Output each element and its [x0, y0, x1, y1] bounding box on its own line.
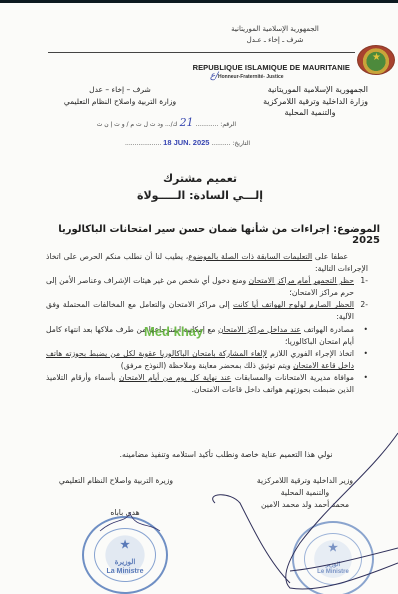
bullet-text: موافاة مديرية الامتحانات والمسابقات — [231, 373, 354, 382]
coat-of-arms-icon: ★ — [357, 45, 395, 75]
bullet-text: اتخاذ الإجراء الفوري اللازم — [267, 349, 354, 358]
right-header-line: وزارة الداخلية وترقية اللامركزية — [228, 96, 368, 108]
reference-prefix: ك/... — [165, 121, 178, 128]
education-ministry-header: شرف – إخاء – عدل وزارة التربية واصلاح ال… — [50, 84, 190, 107]
header-arabic-top: الجمهورية الإسلامية الموريتانية شرف ـ إخ… — [205, 24, 345, 46]
date-stamp: 18 JUN. 2025 — [163, 138, 209, 147]
reference-number-line: الرقم: ............ 21 ك/... ود ت ل ت م … — [50, 116, 236, 129]
bullet-text-end: ويتم توثيق ذلك بمحضر معاينة وملاحظة (الن… — [121, 361, 293, 370]
interior-minister-title-1: وزير الداخلية وترقية اللامركزية — [240, 475, 370, 487]
interior-ministry-stamp-icon: ★ الوزير Le Ministre — [292, 521, 374, 594]
interior-minister-title-2: والتنمية المحلية — [240, 487, 370, 499]
star-icon: ★ — [372, 53, 381, 63]
item-underlined: حظر التجمهر أمام مراكز الامتحان — [249, 276, 354, 285]
education-minister-signature-block: وزيرة التربية واصلاح النظام التعليمي — [46, 475, 186, 487]
stamp-arabic-text: الوزير — [294, 561, 372, 568]
bullet-item: • اتخاذ الإجراء الفوري اللازم لإلغاء الم… — [46, 348, 368, 372]
date-dots-before: .......... — [211, 140, 230, 147]
item-number: -1 — [360, 275, 368, 287]
education-minister-title: وزيرة التربية واصلاح النظام التعليمي — [46, 475, 186, 487]
interior-minister-name: محمد أحمد ولد محمد الامين — [240, 499, 370, 511]
reference-suffix: ود ت ل ت م / و ت إ ن ت — [97, 121, 163, 128]
date-line: التاريخ: .......... 18 JUN. 2025 .......… — [70, 138, 250, 147]
numbered-item: -2 الحظر الصارم لولوج الهواتف أيا كانت إ… — [46, 299, 368, 323]
education-ministry-stamp-icon: ★ الوزيرة La Ministre — [82, 516, 168, 594]
bullet-icon: • — [364, 348, 368, 360]
bullet-underlined: عند نهاية كل يوم من أيام الامتحان — [119, 373, 231, 382]
left-header-motto: شرف – إخاء – عدل — [50, 84, 190, 96]
stamp-star-icon: ★ — [84, 538, 166, 551]
date-dots-after: ................... — [125, 140, 161, 147]
document-addressee: إلـــي السادة: الـــــولاة — [100, 189, 300, 202]
reference-dots: ............ — [195, 121, 218, 128]
closing-sentence: نولي هذا التعميم عناية خاصة ونطلب تأكيد … — [80, 450, 372, 459]
document-title: تعميم مشترك — [100, 172, 300, 185]
bullet-text: مصادرة الهواتف — [301, 325, 354, 334]
document-body: عطفا على التعليمات السابقة ذات الصلة بال… — [46, 251, 368, 396]
stamp-star-icon: ★ — [294, 541, 372, 554]
stamp-arabic-text: الوزيرة — [84, 558, 166, 566]
right-header-line: الجمهورية الإسلامية الموريتانية — [228, 84, 368, 96]
reference-label: الرقم: — [220, 121, 236, 128]
bullet-item: • موافاة مديرية الامتحانات والمسابقات عن… — [46, 372, 368, 396]
right-header-line: والتنمية المحلية — [228, 107, 368, 119]
header-arabic-republic: الجمهورية الإسلامية الموريتانية — [205, 24, 345, 35]
date-label: التاريخ: — [232, 140, 250, 147]
numbered-item: -1 حظر التجمهر أمام مراكز الامتحان ومنع … — [46, 275, 368, 299]
watermark-text: Med khay — [144, 324, 203, 339]
bullet-icon: • — [364, 324, 368, 336]
french-motto: Honneur-Fraternité- Justice — [218, 74, 348, 80]
header-arabic-motto: شرف ـ إخاء ـ عـدل — [205, 35, 345, 46]
intro-text: عطفا على — [312, 252, 348, 261]
stamp-french-text: Le Ministre — [294, 569, 372, 575]
intro-paragraph: عطفا على التعليمات السابقة ذات الصلة بال… — [46, 251, 368, 275]
document-subject: الموضوع: إجراءات من شأنها ضمان حسن سير ا… — [40, 224, 380, 246]
interior-minister-signature-block: وزير الداخلية وترقية اللامركزية والتنمية… — [240, 475, 370, 511]
reference-handwritten-number: 21 — [180, 116, 194, 129]
interior-ministry-header: الجمهورية الإسلامية الموريتانية وزارة ال… — [228, 84, 368, 119]
item-underlined: الحظر الصارم لولوج الهواتف أيا كانت — [233, 300, 354, 309]
scanned-document-page: الجمهورية الإسلامية الموريتانية شرف ـ إخ… — [0, 3, 398, 594]
left-header-ministry: وزارة التربية واصلاح النظام التعليمي — [50, 96, 190, 108]
item-number: -2 — [360, 299, 368, 311]
stamp-french-text: La Ministre — [84, 568, 166, 575]
bullet-icon: • — [364, 372, 368, 384]
bullet-underlined: عند مداخل مراكز الامتحان — [218, 325, 301, 334]
bullet-item: • مصادرة الهواتف عند مداخل مراكز الامتحا… — [46, 324, 368, 348]
header-divider — [48, 52, 355, 53]
intro-underlined: التعليمات السابقة ذات الصلة بالموضوع — [188, 252, 312, 261]
